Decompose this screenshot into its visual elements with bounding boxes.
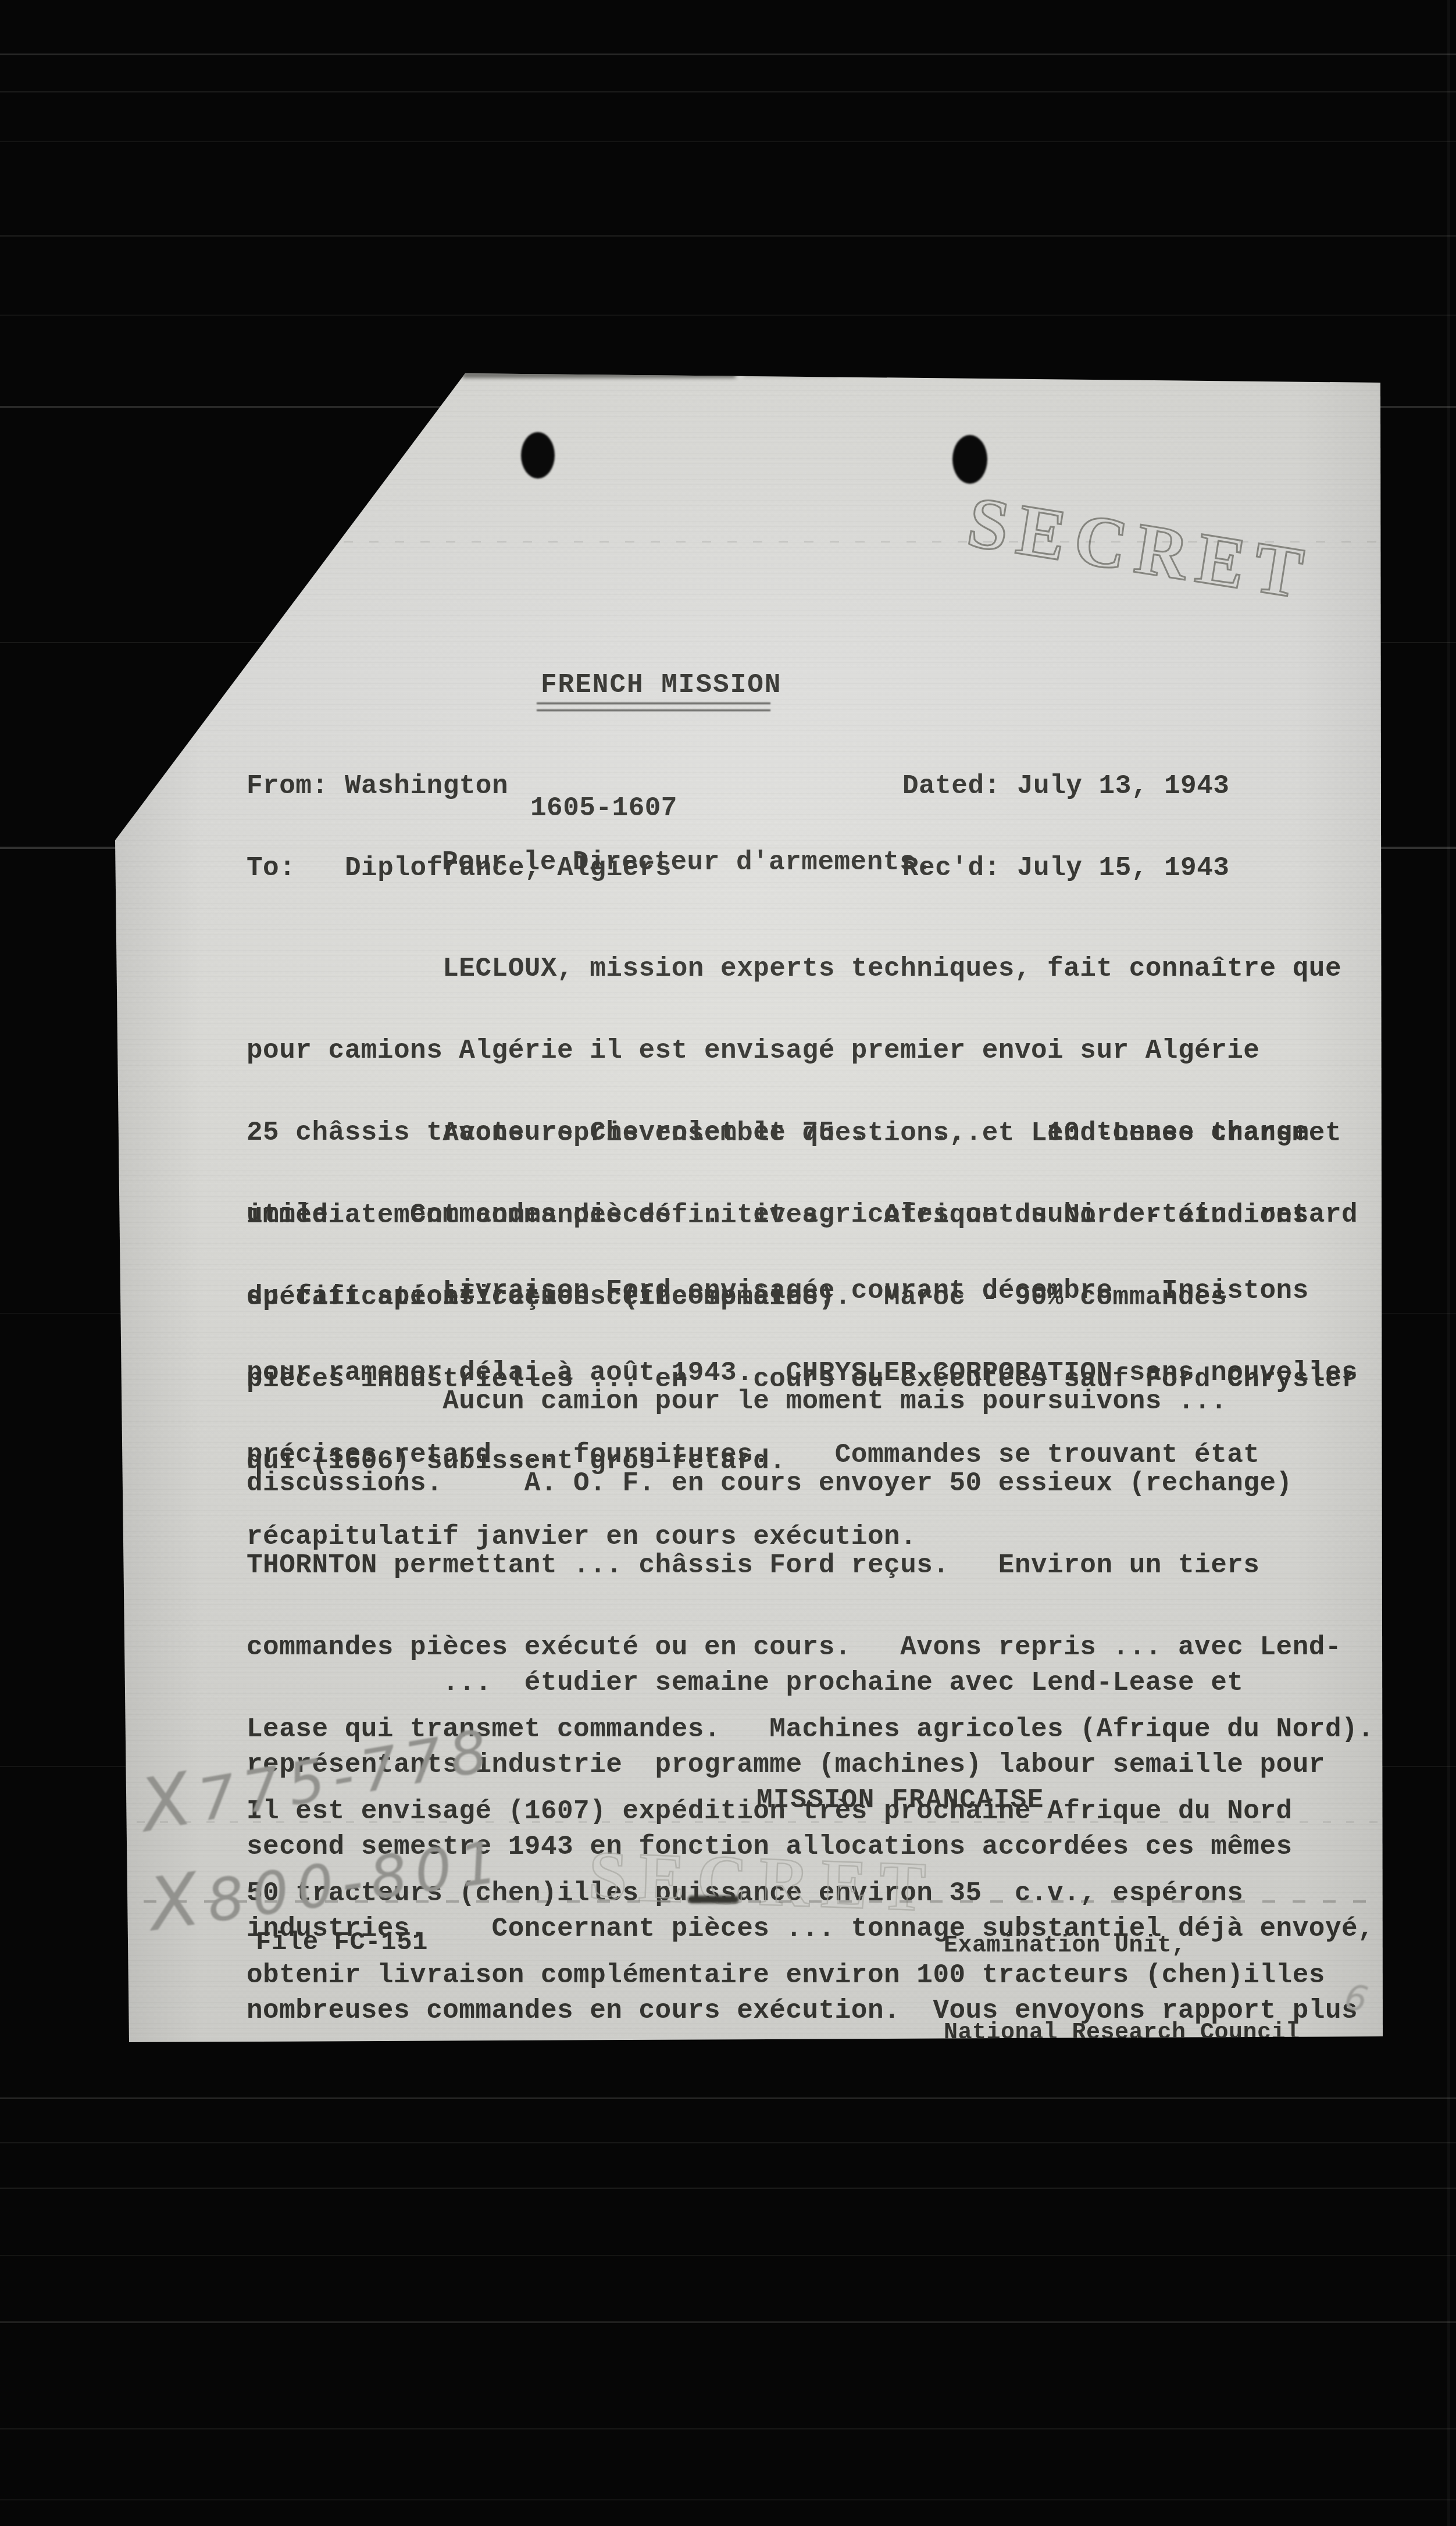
punch-hole xyxy=(952,435,987,484)
examination-unit-line: July 17, 1943 xyxy=(944,2106,1300,2135)
paper-edge-smudge xyxy=(462,372,736,378)
paragraph-line: Aucun camion pour le moment mais poursui… xyxy=(247,1388,1374,1415)
recd-value: July 15, 1943 xyxy=(1017,853,1229,883)
scan-edge-artifact xyxy=(1447,0,1450,2526)
paragraph-line: LECLOUX, mission experts techniques, fai… xyxy=(247,955,1358,983)
handwritten-x-mark: X xyxy=(144,1857,205,1948)
paragraph-line: discussions. A. O. F. en cours envoyer 5… xyxy=(247,1470,1374,1497)
paragraph-line: ... étudier semaine prochaine avec Lend-… xyxy=(247,1669,1374,1697)
paragraph-line: pour Algérie, Maroc. xyxy=(247,2044,1374,2071)
salutation: Pour le Directeur d'armements. xyxy=(442,849,932,876)
page-title: FRENCH MISSION xyxy=(541,672,781,699)
scan-artifact-line xyxy=(0,2255,1456,2256)
secret-stamp-top-text: SECRET xyxy=(962,482,1317,616)
from-value: Washington xyxy=(345,771,508,801)
paragraph-line: Avons repris ensemble questions, et Lend… xyxy=(247,1120,1358,1147)
scan-artifact-line xyxy=(0,91,1456,92)
scan-artifact-line xyxy=(0,53,1456,55)
meta-dated-line: Dated:July 13, 1943 xyxy=(902,773,1229,800)
paper-edge-smudge xyxy=(744,372,837,376)
scan-artifact-line xyxy=(0,141,1456,142)
dated-label: Dated: xyxy=(902,773,1017,800)
to-label: To: xyxy=(247,855,345,882)
ink-artifact-blob xyxy=(688,1896,739,1903)
title-underline xyxy=(537,702,770,711)
handwritten-x-mark: X xyxy=(134,1757,198,1849)
scan-artifact-line xyxy=(0,2321,1456,2323)
secret-stamp-bottom: SECRET xyxy=(584,1826,913,1936)
scan-artifact-line xyxy=(0,315,1456,316)
signature: MISSION FRANCAISE xyxy=(756,1787,1044,1814)
examination-unit-line: Examination Unit, xyxy=(944,1932,1300,1961)
paragraph-line: pour camions Algérie il est envisagé pre… xyxy=(247,1037,1358,1065)
file-number: File FC-151 xyxy=(256,1929,428,1957)
scan-artifact-line xyxy=(0,2499,1456,2500)
paragraph-line: détaillé sur ensemble situation sous 15 … xyxy=(247,2079,1374,2107)
paragraph-line: Livraison Ford envisagée courant décembr… xyxy=(247,1278,1358,1305)
meta-recd-line: Rec'd:July 15, 1943 xyxy=(902,855,1229,882)
scan-artifact-line xyxy=(0,2428,1456,2429)
scan-artifact-line xyxy=(0,2142,1456,2143)
microfilm-scan: SECRET SECRET FRENCH MISSION From:Washin… xyxy=(0,0,1456,2526)
secret-stamp-bottom-text: SECRET xyxy=(587,1836,938,1926)
scan-artifact-line xyxy=(0,2188,1456,2189)
scan-artifact-line xyxy=(0,2097,1456,2099)
examination-unit-line: National Research Council xyxy=(944,2019,1300,2048)
paragraph-line: THORNTON permettant ... châssis Ford reç… xyxy=(247,1552,1374,1579)
from-label: From: xyxy=(247,773,345,800)
punch-hole xyxy=(521,432,555,479)
dated-value: July 13, 1943 xyxy=(1017,771,1229,801)
secret-stamp-top: SECRET xyxy=(958,470,1296,624)
examination-unit-block: Examination Unit, National Research Coun… xyxy=(944,1874,1300,2193)
document-page: SECRET SECRET FRENCH MISSION From:Washin… xyxy=(113,372,1384,2042)
scan-artifact-line xyxy=(0,235,1456,237)
reference-number: 1605-1607 xyxy=(530,795,677,822)
